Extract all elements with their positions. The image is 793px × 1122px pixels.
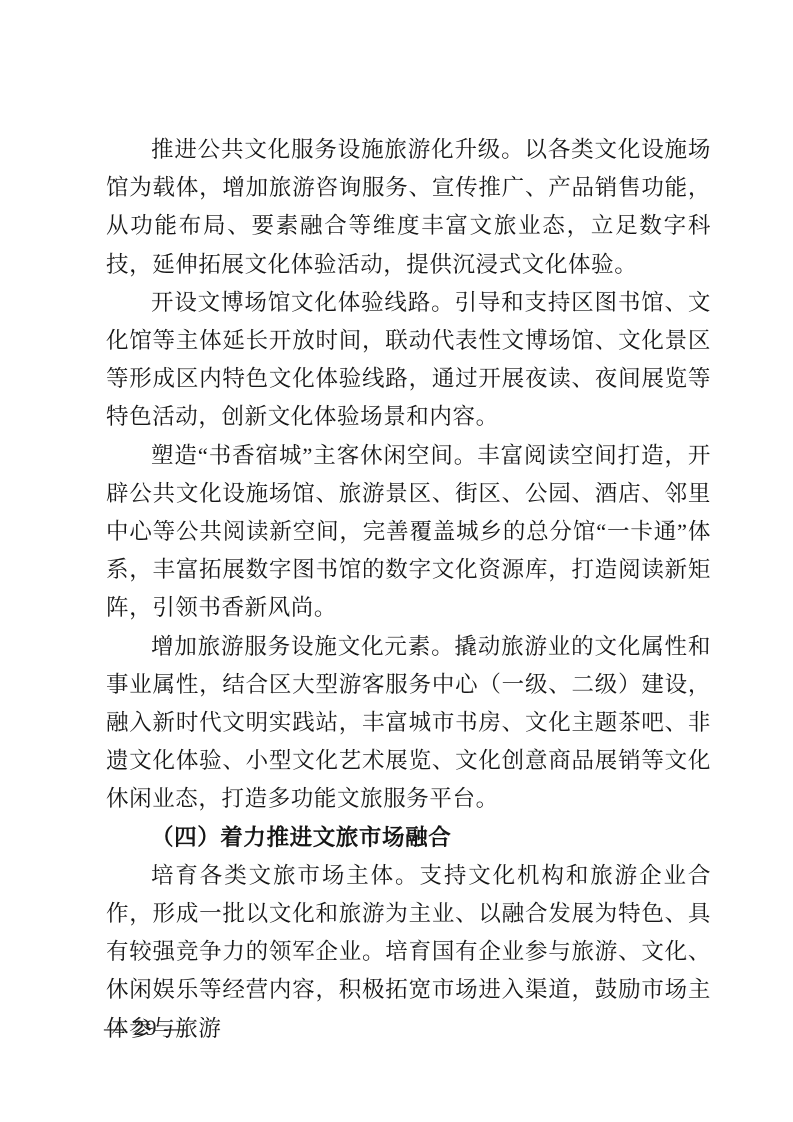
section-heading-market-integration: （四）着力推进文旅市场融合 — [106, 819, 711, 857]
paragraph-public-culture-facility-upgrade: 推进公共文化服务设施旅游化升级。以各类文化设施场馆为载体，增加旅游咨询服务、宣传… — [106, 131, 711, 284]
document-body: 推进公共文化服务设施旅游化升级。以各类文化设施场馆为载体，增加旅游咨询服务、宣传… — [106, 131, 711, 1048]
paragraph-book-fragrance-space: 塑造“书香宿城”主客休闲空间。丰富阅读空间打造，开辟公共文化设施场馆、旅游景区、… — [106, 437, 711, 628]
paragraph-tourism-service-culture-elements: 增加旅游服务设施文化元素。撬动旅游业的文化属性和事业属性，结合区大型游客服务中心… — [106, 628, 711, 819]
paragraph-culture-experience-routes: 开设文博场馆文化体验线路。引导和支持区图书馆、文化馆等主体延长开放时间，联动代表… — [106, 284, 711, 437]
document-page: 推进公共文化服务设施旅游化升级。以各类文化设施场馆为载体，增加旅游咨询服务、宣传… — [0, 0, 793, 1122]
paragraph-cultivate-market-entities: 培育各类文旅市场主体。支持文化机构和旅游企业合作，形成一批以文化和旅游为主业、以… — [106, 857, 711, 1048]
page-number: — 29 — — [104, 1013, 187, 1043]
